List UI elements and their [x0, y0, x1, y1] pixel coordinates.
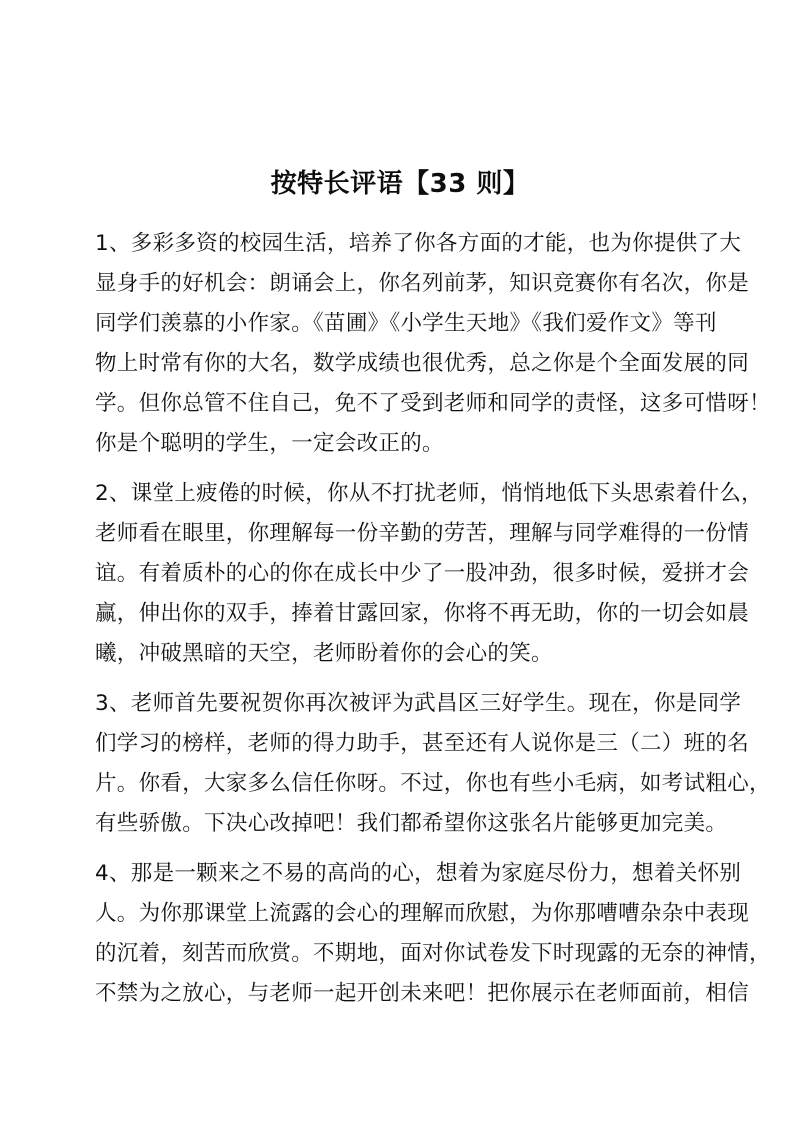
paragraph-line: 有些骄傲。下决心改掉吧！我们都希望你这张名片能够更加完美。	[95, 804, 735, 844]
paragraph-line: 人。为你那课堂上流露的会心的理解而欣慰，为你那嘈嘈杂杂中表现	[95, 894, 735, 934]
paragraph-line: 学。但你总管不住自己，免不了受到老师和同学的责怪，这多可惜呀！	[95, 384, 735, 424]
paragraph-line: 3、老师首先要祝贺你再次被评为武昌区三好学生。现在，你是同学	[95, 684, 735, 724]
paragraph-2: 2、课堂上疲倦的时候，你从不打扰老师，悄悄地低下头思索着什么， 老师看在眼里，你…	[95, 474, 735, 674]
paragraph-4: 4、那是一颗来之不易的高尚的心，想着为家庭尽份力，想着关怀别 人。为你那课堂上流…	[95, 854, 735, 1014]
paragraph-line: 4、那是一颗来之不易的高尚的心，想着为家庭尽份力，想着关怀别	[95, 854, 735, 894]
document-body: 1、多彩多资的校园生活，培养了你各方面的才能，也为你提供了大 显身手的好机会：朗…	[95, 224, 735, 1024]
paragraph-line: 们学习的榜样，老师的得力助手，甚至还有人说你是三（二）班的名	[95, 724, 735, 764]
paragraph-line: 1、多彩多资的校园生活，培养了你各方面的才能，也为你提供了大	[95, 224, 735, 264]
paragraph-line: 同学们羡慕的小作家。《苗圃》《小学生天地》《我们爱作文》等刊	[95, 304, 735, 344]
paragraph-line: 谊。有着质朴的心的你在成长中少了一股冲劲，很多时候，爱拼才会	[95, 554, 735, 594]
paragraph-line: 物上时常有你的大名，数学成绩也很优秀，总之你是个全面发展的同	[95, 344, 735, 384]
paragraph-3: 3、老师首先要祝贺你再次被评为武昌区三好学生。现在，你是同学 们学习的榜样，老师…	[95, 684, 735, 844]
paragraph-line: 显身手的好机会：朗诵会上，你名列前茅，知识竞赛你有名次，你是	[95, 264, 735, 304]
document-title: 按特长评语【33 则】	[0, 166, 793, 202]
paragraph-line: 曦，冲破黑暗的天空，老师盼着你的会心的笑。	[95, 634, 735, 674]
paragraph-line: 老师看在眼里，你理解每一份辛勤的劳苦，理解与同学难得的一份情	[95, 514, 735, 554]
paragraph-line: 赢，伸出你的双手，捧着甘露回家，你将不再无助，你的一切会如晨	[95, 594, 735, 634]
document-page: 按特长评语【33 则】 1、多彩多资的校园生活，培养了你各方面的才能，也为你提供…	[0, 0, 793, 1122]
paragraph-line: 2、课堂上疲倦的时候，你从不打扰老师，悄悄地低下头思索着什么，	[95, 474, 735, 514]
paragraph-line: 你是个聪明的学生，一定会改正的。	[95, 424, 735, 464]
paragraph-1: 1、多彩多资的校园生活，培养了你各方面的才能，也为你提供了大 显身手的好机会：朗…	[95, 224, 735, 464]
paragraph-line: 不禁为之放心，与老师一起开创未来吧！把你展示在老师面前，相信	[95, 974, 735, 1014]
paragraph-line: 的沉着，刻苦而欣赏。不期地，面对你试卷发下时现露的无奈的神情，	[95, 934, 735, 974]
paragraph-line: 片。你看，大家多么信任你呀。不过，你也有些小毛病，如考试粗心，	[95, 764, 735, 804]
